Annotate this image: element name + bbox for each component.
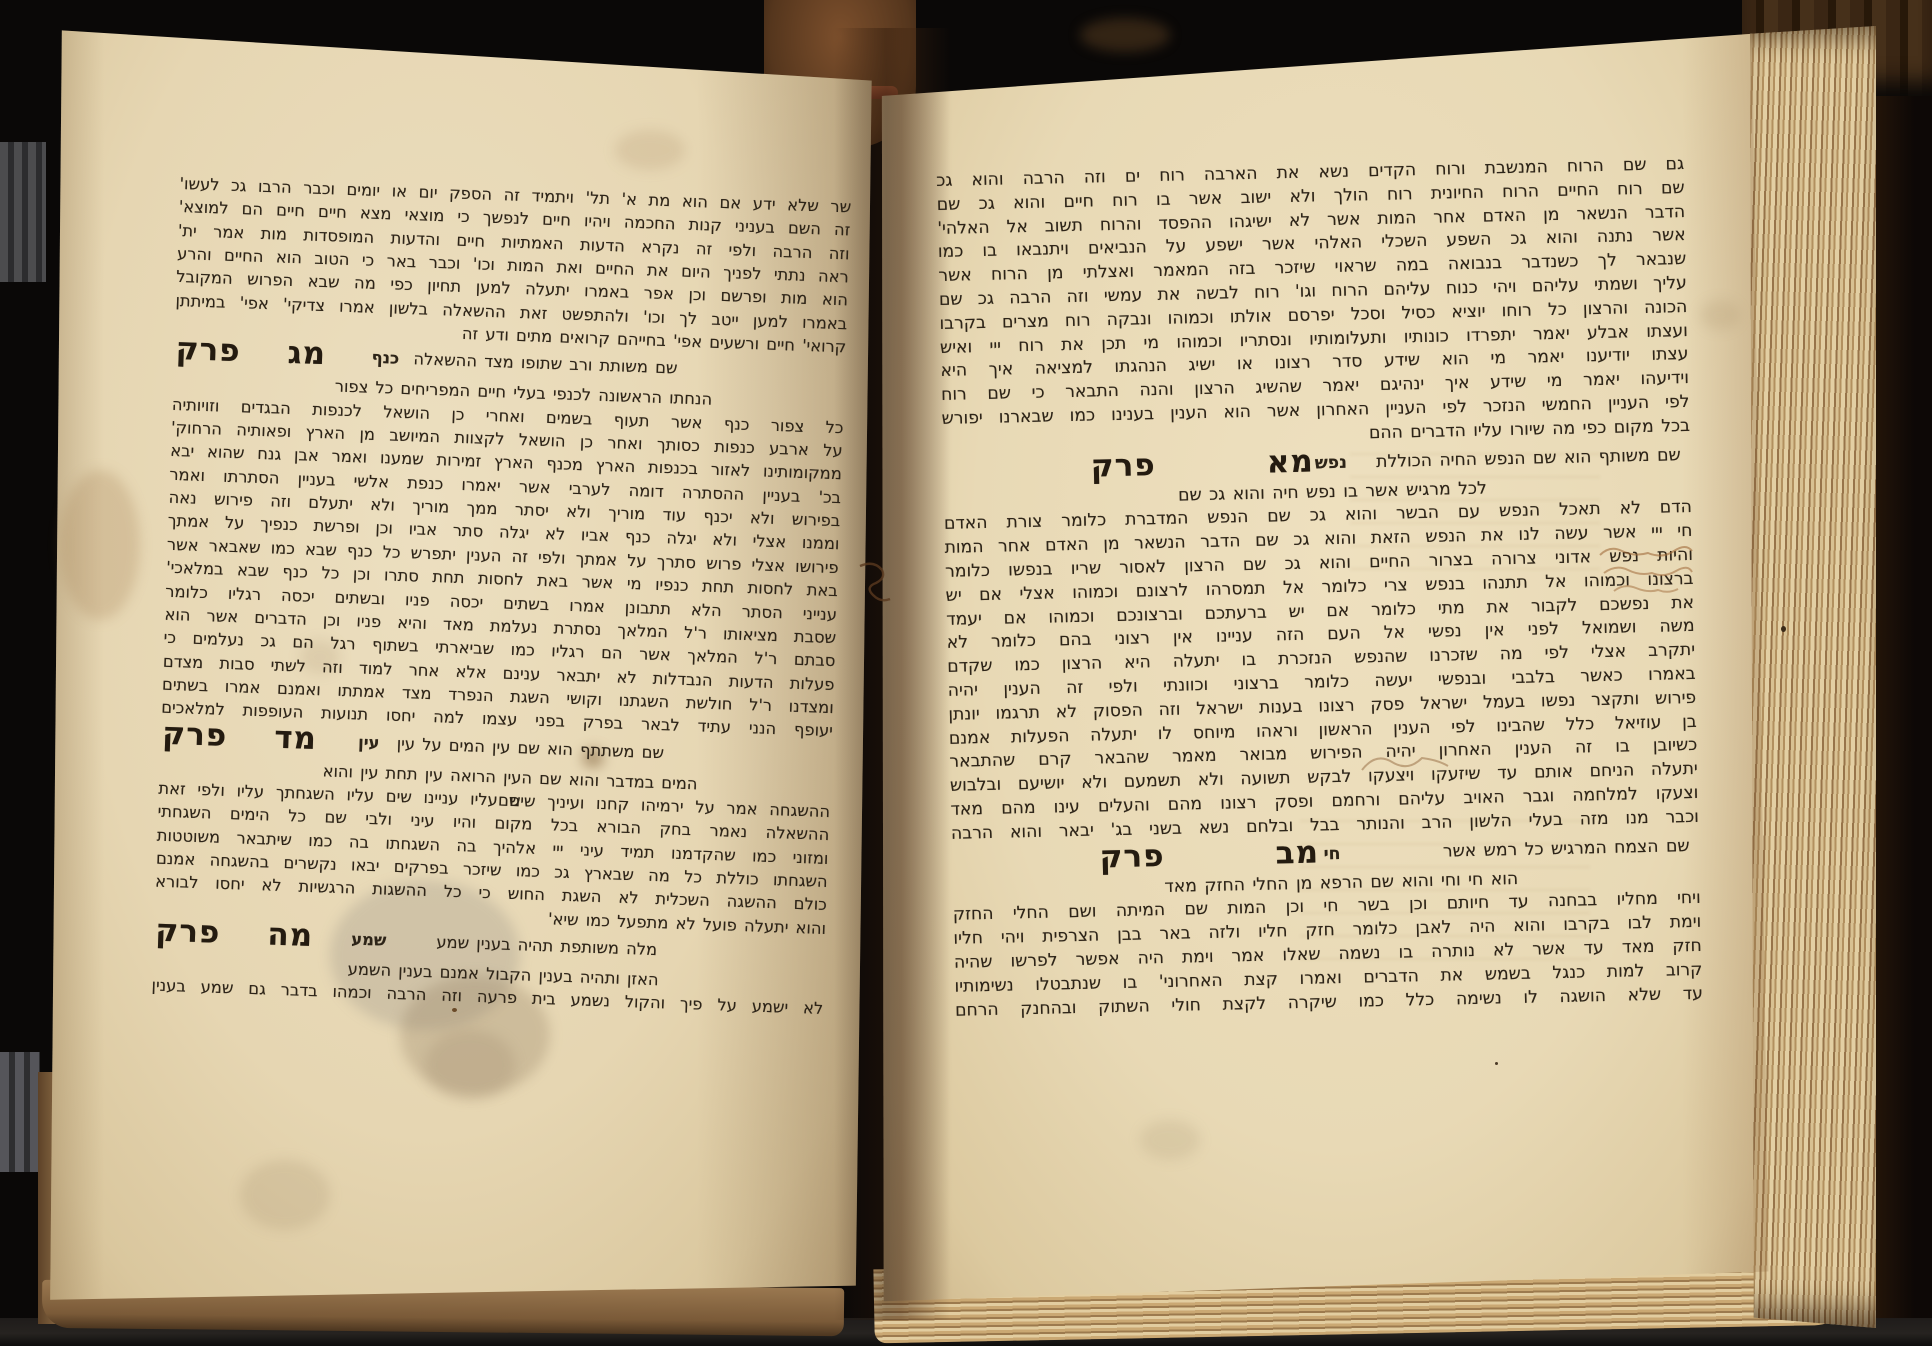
chapter-number: מה (267, 916, 314, 954)
chapter-opening-text: שם משתתף הוא שם עין המים על עין (396, 733, 664, 761)
stain (60, 470, 140, 620)
fore-edge-leaf-stack (1750, 26, 1876, 1328)
stain (615, 130, 685, 170)
chapter-number: מד (274, 719, 318, 756)
handwritten-gutter-mark (854, 558, 892, 604)
gutter-shadow (834, 28, 950, 1320)
stain (1140, 1120, 1200, 1160)
foxing-dot (1781, 626, 1786, 632)
cradle-slat-bottom (0, 1052, 40, 1172)
chapter-opening-text: שם משותף הוא שם הנפש החיה הכוללת (1376, 445, 1681, 472)
chapter-word: פרק (1090, 447, 1156, 484)
chapter-word: פרק (155, 913, 221, 951)
chapter-word: פרק (1099, 838, 1165, 875)
stain (425, 1030, 515, 1100)
chapter-opening-text: שם משותת ורב שתופו מצד ההשאלה (413, 350, 678, 378)
chapter-number: מג (287, 335, 327, 372)
chapter-word: פרק (162, 715, 228, 753)
chapter-term: עין (358, 732, 380, 752)
right-text-column: גם שם הרוח המנשבת ורוח הקדים נשא את הארב… (936, 153, 1703, 1023)
left-text-column: שר שלא ידע אם הוא מת א' תל' ויתמיד זה הס… (151, 172, 851, 1021)
cradle-slat-top (0, 142, 46, 282)
chapter-opening-text: מלה משותפת תהיה בענין שמע (436, 932, 657, 959)
foxing-dot (1495, 1062, 1498, 1065)
chapter-opening-text: שם הצמח המרגיש כל רמש אשר (1443, 836, 1690, 862)
chapter-term: חי (1323, 844, 1340, 864)
stain (1700, 300, 1740, 330)
handwritten-flourish (1360, 748, 1452, 778)
chapter-term: נפש (1315, 452, 1348, 473)
open-book-photograph: שר שלא ידע אם הוא מת א' תל' ויתמיד זה הס… (0, 0, 1932, 1346)
chapter-word: פרק (175, 331, 241, 369)
chapter-number: מב (1275, 834, 1319, 871)
stain (240, 1160, 330, 1230)
handwritten-margin-gloss (1596, 543, 1700, 605)
foxing-dot (452, 1008, 457, 1012)
chapter-term: כנף (371, 348, 399, 368)
chapter-term: שמע (351, 929, 387, 949)
binding-edge-right (1874, 0, 1932, 1346)
chapter-number: מא (1266, 443, 1314, 480)
stain (1080, 18, 1170, 52)
